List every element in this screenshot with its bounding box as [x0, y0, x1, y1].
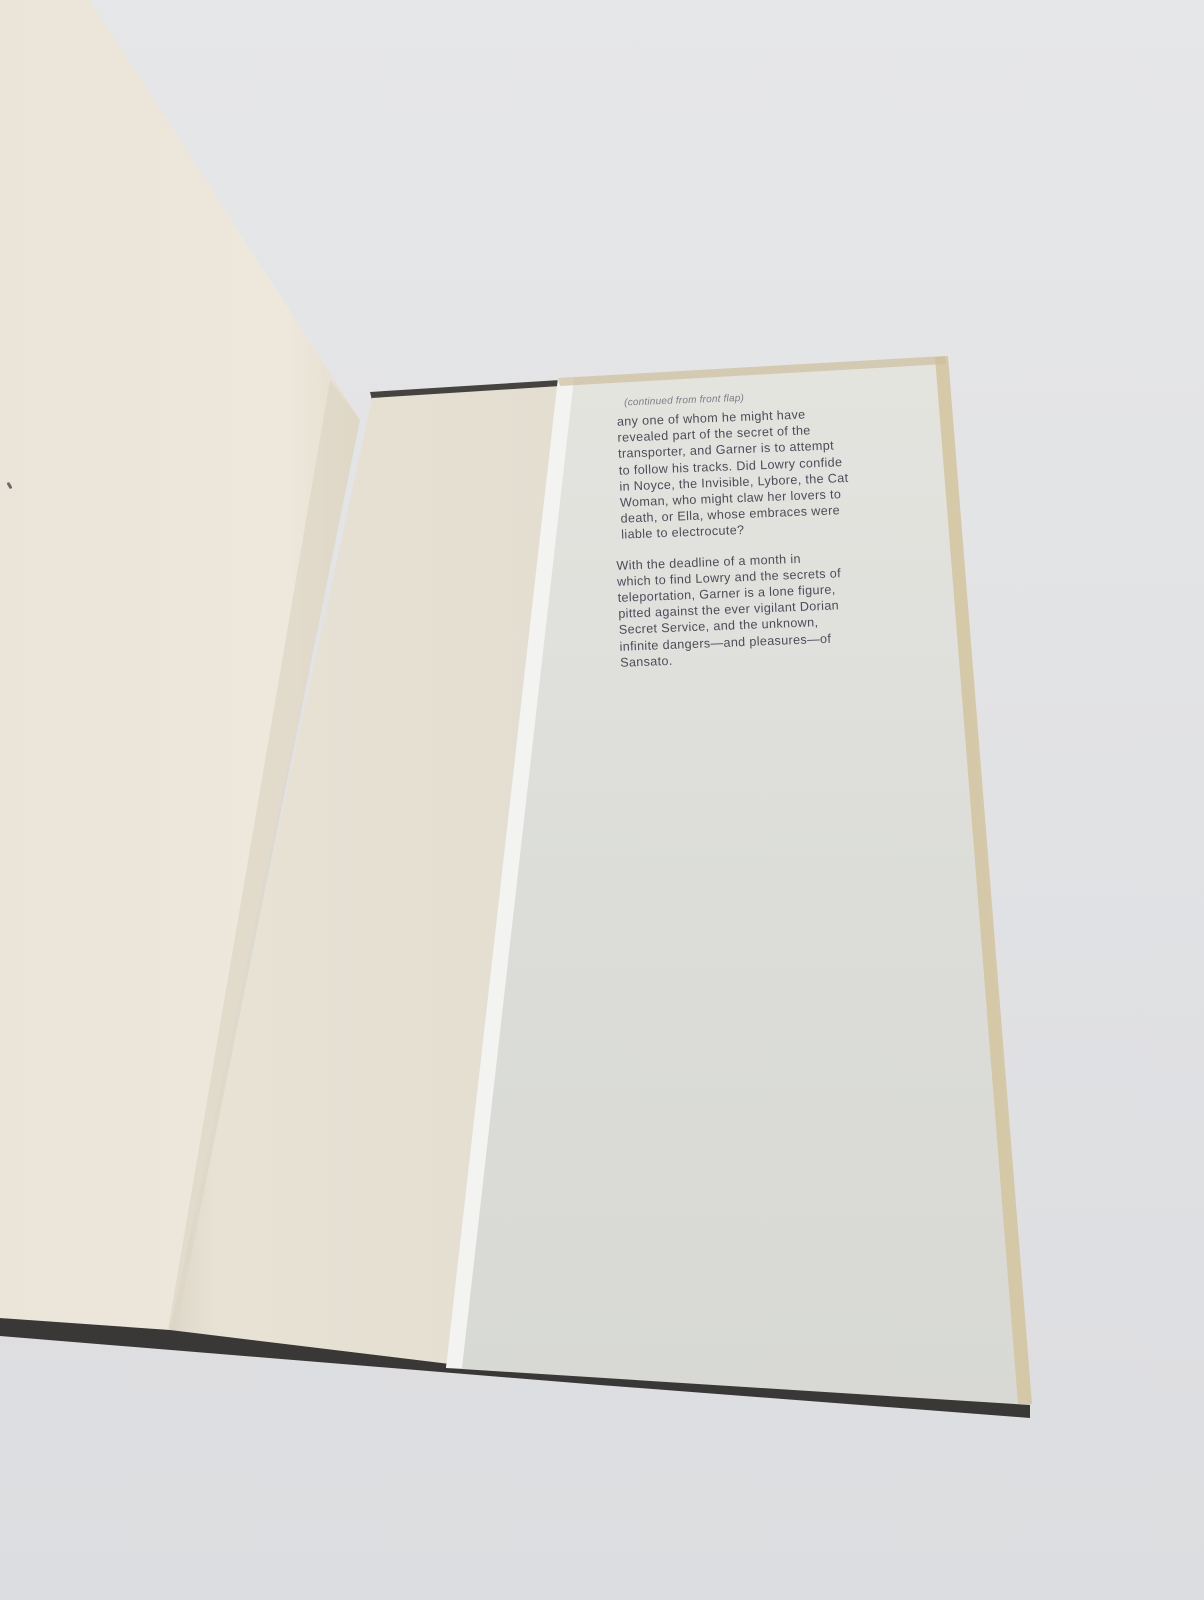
flap-paragraph-1: any one of whom he might have revealed p… — [617, 401, 946, 543]
book-illustration — [0, 0, 1204, 1600]
flap-copy: (continued from front flap) any one of w… — [610, 385, 951, 685]
photo-scene: (continued from front flap) any one of w… — [0, 0, 1204, 1600]
flap-paragraph-2: With the deadline of a month in which to… — [616, 545, 950, 671]
